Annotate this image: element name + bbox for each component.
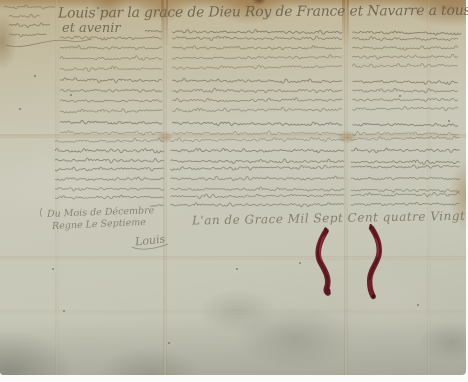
ink-speck: [417, 304, 419, 306]
ink-speck: [168, 342, 170, 344]
royal-title-line2-script: et avenir: [62, 21, 121, 36]
royal-title-script: Louis par la grace de Dieu Roy de France…: [58, 2, 468, 21]
parchment-document: [0, 0, 466, 375]
ink-speck: [70, 94, 72, 96]
fold-crease-horizontal-2: [0, 256, 466, 260]
fold-crease-vertical-1: [55, 0, 59, 375]
fold-crease-horizontal-3: [0, 310, 466, 314]
ink-speck: [448, 120, 450, 122]
ink-speck: [34, 75, 36, 77]
fold-crease-vertical-3: [344, 0, 348, 375]
ink-speck: [63, 310, 65, 312]
fold-crease-horizontal-1: [0, 134, 466, 138]
fold-crease-vertical-4: [427, 0, 431, 375]
ink-speck: [19, 108, 21, 110]
stain-layer: [0, 0, 466, 375]
ink-speck: [399, 95, 401, 97]
ink-speck: [52, 268, 54, 270]
ink-speck: [236, 268, 238, 270]
ink-speck: [97, 7, 99, 9]
fold-crease-vertical-2: [163, 0, 167, 375]
ink-speck: [299, 262, 301, 264]
photo-background: Louis par la grace de Dieu Roy de France…: [0, 0, 468, 382]
